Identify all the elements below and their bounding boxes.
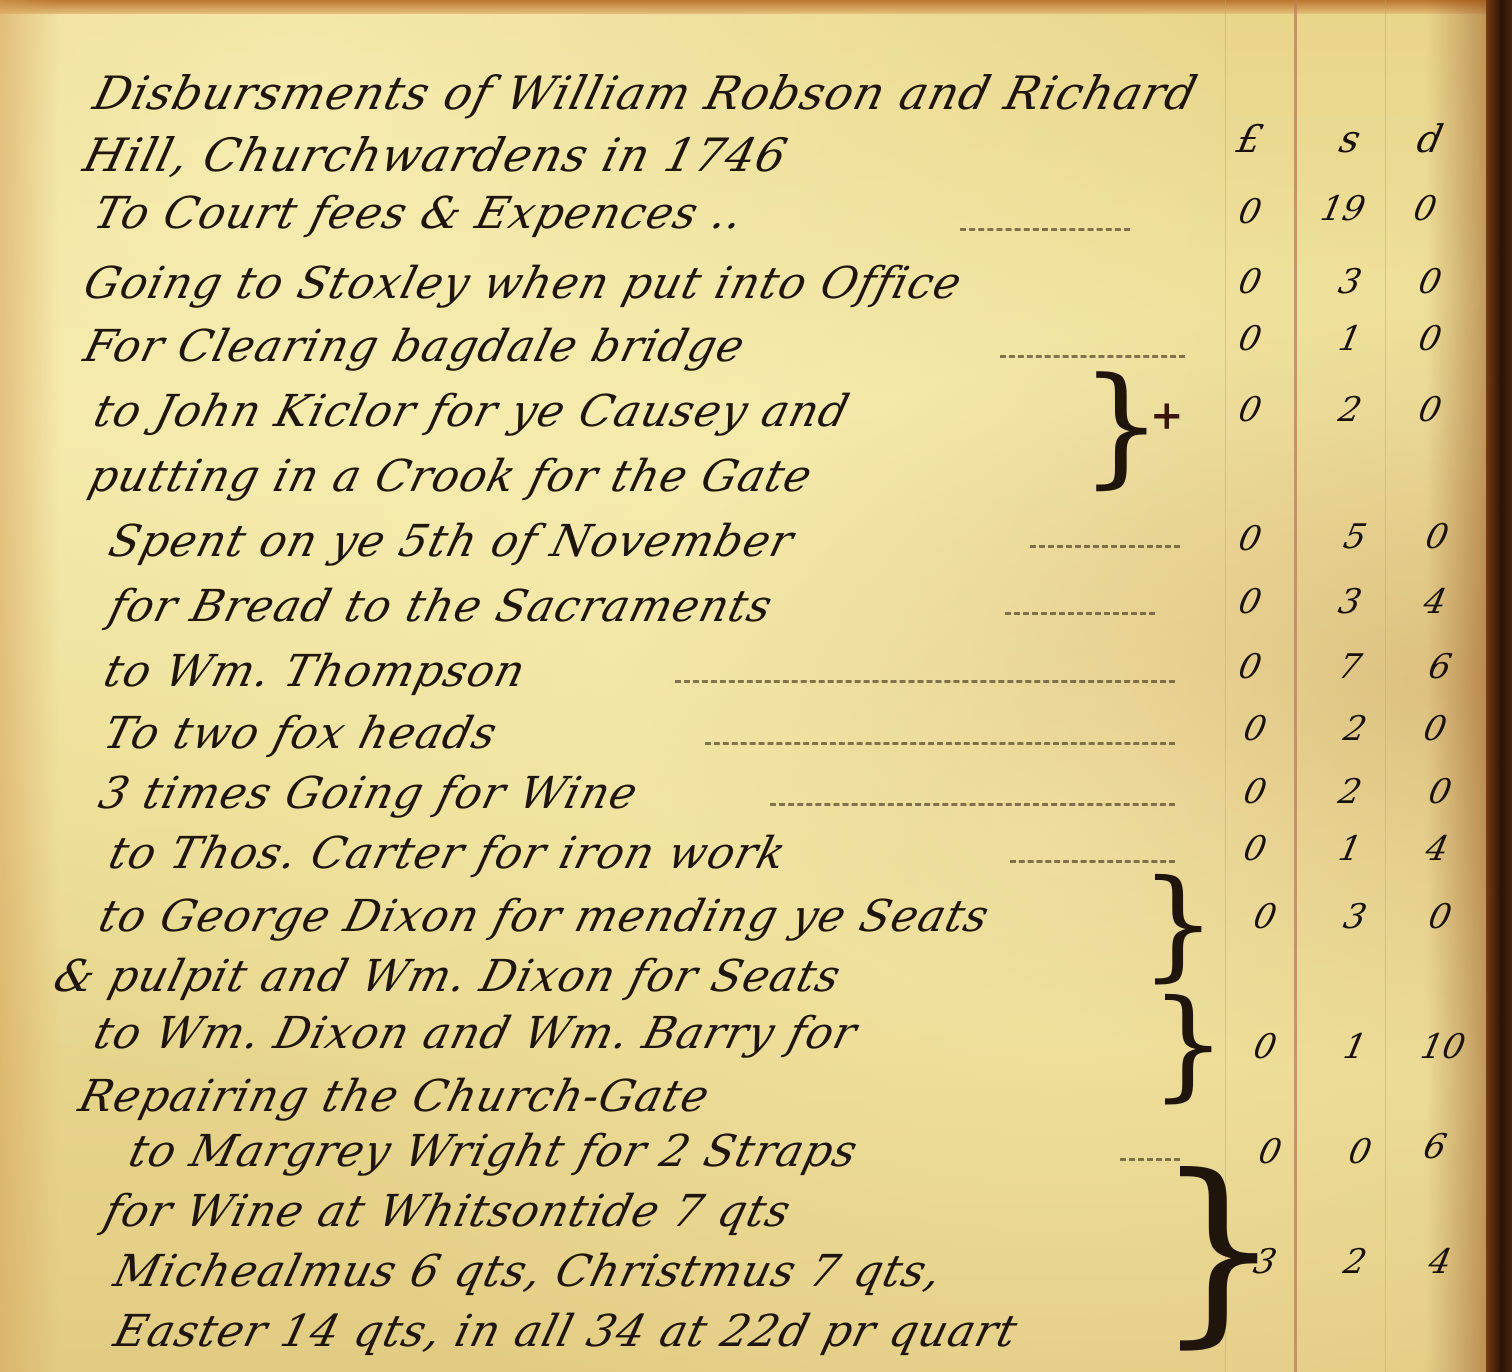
entry-shillings: 3 [1321, 265, 1378, 299]
entry-pounds: 0 [1226, 712, 1283, 746]
column-rule-pence-left [1385, 0, 1386, 1372]
page-left-edge [0, 0, 60, 1372]
entry-pence: 0 [1408, 520, 1465, 554]
page-top-edge [0, 0, 1512, 14]
entry-pounds: 0 [1221, 585, 1278, 619]
entry-pence: 6 [1406, 1130, 1463, 1164]
entry-text: to Margrey Wright for 2 Straps [125, 1130, 863, 1174]
entry-pounds: 0 [1236, 1030, 1293, 1064]
entry-shillings: 2 [1321, 775, 1378, 809]
entry-shillings: 2 [1326, 712, 1383, 746]
entry-shillings: 2 [1326, 1245, 1383, 1279]
entry-text: To two fox heads [100, 712, 502, 756]
entry-text: to Thos. Carter for iron work [105, 832, 791, 876]
entry-text: putting in a Crook for the Gate [85, 455, 817, 499]
entry-text: Spent on ye 5th of November [105, 520, 799, 564]
header-shillings: s [1321, 120, 1379, 158]
entry-shillings: 3 [1321, 585, 1378, 619]
entry-pounds: 0 [1221, 195, 1278, 229]
entry-pence: 0 [1401, 322, 1458, 356]
entry-text: to George Dixon for mending ye Seats [95, 895, 994, 939]
entry-shillings: 1 [1321, 322, 1378, 356]
entry-pounds: 0 [1221, 650, 1278, 684]
entry-pounds: 0 [1226, 832, 1283, 866]
entry-shillings: 2 [1321, 393, 1378, 427]
brace-bracket: } [1140, 865, 1216, 985]
entry-pence: 4 [1408, 832, 1465, 866]
header-pence: d [1401, 120, 1459, 158]
entry-pounds: 0 [1221, 265, 1278, 299]
title-line-2: Hill, Churchwardens in 1746 [79, 132, 792, 178]
header-pounds: £ [1221, 120, 1279, 158]
entry-pence: 4 [1406, 585, 1463, 619]
entry-text: To Court fees & Expences .. [90, 192, 748, 236]
entry-text: for Bread to the Sacraments [105, 585, 777, 629]
leader-dots [1030, 545, 1180, 548]
entry-pence: 6 [1411, 650, 1468, 684]
entry-shillings: 3 [1326, 900, 1383, 934]
entry-text: to John Kiclor for ye Causey and [90, 390, 854, 434]
entry-text: Repairing the Church-Gate [75, 1075, 715, 1119]
entry-pence: 4 [1411, 1245, 1468, 1279]
leader-dots [1005, 612, 1155, 615]
book-spine [1486, 0, 1512, 1372]
entry-pounds: 0 [1221, 522, 1278, 556]
entry-text: & pulpit and Wm. Dixon for Seats [50, 955, 846, 999]
entry-text: 3 times Going for Wine [95, 772, 643, 816]
entry-pence: 10 [1414, 1030, 1471, 1064]
entry-pence: 0 [1406, 712, 1463, 746]
entry-text: Easter 14 qts, in all 34 at 22d pr quart [110, 1310, 1022, 1354]
entry-text: Going to Stoxley when put into Office [80, 262, 967, 306]
entry-shillings: 1 [1326, 1030, 1383, 1064]
ink-cross-mark: + [1150, 392, 1184, 439]
entry-text: For Clearing bagdale bridge [80, 325, 750, 369]
leader-dots [960, 228, 1130, 231]
entry-pounds: 0 [1221, 322, 1278, 356]
brace-bracket: } [1150, 985, 1226, 1105]
margin-red-rule [1294, 0, 1297, 1372]
entry-shillings: 7 [1321, 650, 1378, 684]
ledger-page: Disbursments of William Robson and Richa… [0, 0, 1512, 1372]
entry-pence: 0 [1411, 775, 1468, 809]
entry-pounds: 0 [1221, 393, 1278, 427]
entry-text: for Wine at Whitsontide 7 qts [100, 1190, 796, 1234]
entry-shillings: 1 [1321, 832, 1378, 866]
entry-pence: 0 [1411, 900, 1468, 934]
leader-dots [705, 742, 1175, 745]
entry-pence: 0 [1401, 393, 1458, 427]
entry-text: Michealmus 6 qts, Christmus 7 qts, [110, 1250, 947, 1294]
title-line-1: Disbursments of William Robson and Richa… [89, 70, 1202, 116]
leader-dots [770, 803, 1175, 806]
entry-shillings: 19 [1314, 192, 1371, 226]
entry-pounds: 0 [1226, 775, 1283, 809]
entry-text: to Wm. Thompson [100, 650, 531, 694]
entry-pence: 0 [1396, 192, 1453, 226]
entry-shillings: 5 [1326, 520, 1383, 554]
entry-text: to Wm. Dixon and Wm. Barry for [90, 1012, 862, 1056]
entry-pounds: 0 [1236, 900, 1293, 934]
leader-dots [675, 680, 1175, 683]
brace-bracket: } [1155, 1150, 1282, 1350]
entry-pence: 0 [1401, 265, 1458, 299]
entry-shillings: 0 [1331, 1135, 1388, 1169]
